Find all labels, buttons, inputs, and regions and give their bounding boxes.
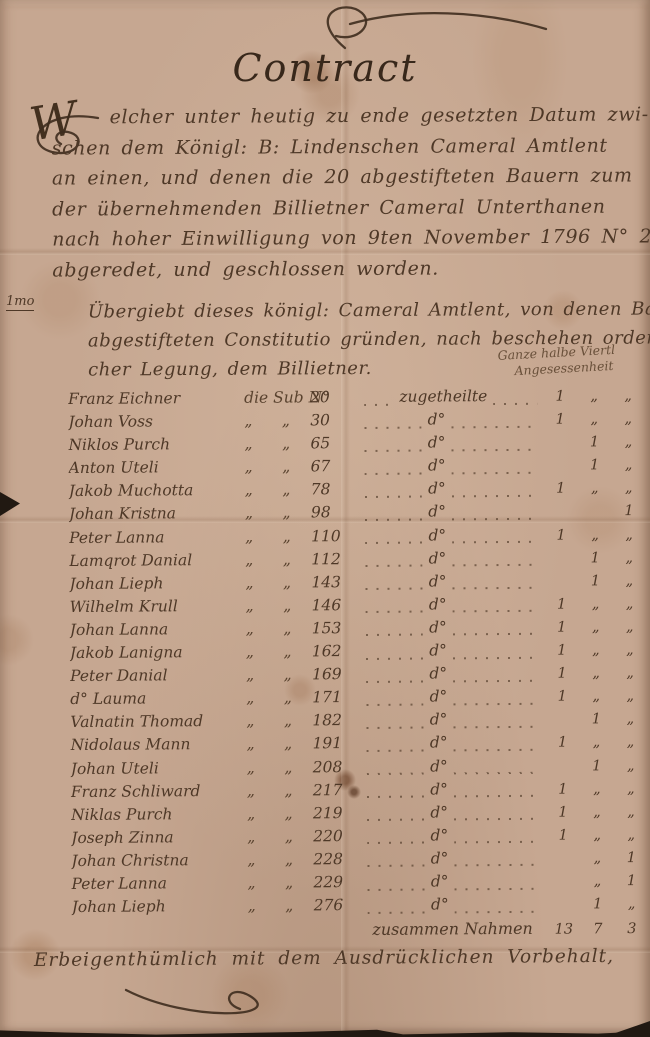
tally-cell-viertl: „ bbox=[613, 619, 647, 635]
ditto-abbrev: d° bbox=[429, 549, 447, 567]
tally-cell-viertl: 1 bbox=[614, 850, 648, 866]
ditto-marks: „ „ bbox=[247, 804, 313, 822]
tally-cell-ganze: 1 bbox=[545, 642, 579, 658]
tally-cell-halbe: „ bbox=[580, 873, 614, 889]
ditto-abbrev: d° bbox=[428, 434, 446, 452]
farmer-name: Jakob Lanigna bbox=[70, 643, 246, 662]
tally-cell-viertl: „ bbox=[613, 596, 647, 612]
tally-cell-viertl: „ bbox=[611, 388, 645, 404]
plot-number: 162 bbox=[312, 642, 360, 660]
leader-dots bbox=[367, 773, 424, 775]
closing-flourish-icon bbox=[118, 976, 328, 1022]
leader-dots bbox=[453, 633, 539, 636]
ditto-abbrev: d° bbox=[431, 872, 449, 890]
primo-margin-marker: 1mo bbox=[6, 294, 34, 311]
intro-line: elcher unter heutig zu ende gesetzten Da… bbox=[52, 99, 646, 133]
ditto-abbrev: d° bbox=[430, 734, 448, 752]
tally-cell-halbe: 1 bbox=[580, 758, 614, 774]
tally-cell-viertl: „ bbox=[614, 757, 648, 773]
tally-cell-ganze: 1 bbox=[545, 619, 579, 635]
ditto-abbrev: d° bbox=[428, 480, 446, 498]
farmer-name: Franz Schliward bbox=[71, 781, 247, 800]
tally-cell-viertl: „ bbox=[615, 896, 649, 912]
sum-label: zusammen Nahmen bbox=[72, 919, 547, 941]
leader-dots bbox=[453, 679, 539, 682]
plot-number: 153 bbox=[312, 619, 360, 637]
leader-dots bbox=[454, 841, 540, 844]
farmer-name: Johan Kristna bbox=[69, 504, 245, 523]
ditto-marks: „ „ bbox=[246, 642, 312, 660]
leader-dots bbox=[364, 426, 421, 428]
tally-cell-ganze: 1 bbox=[543, 412, 577, 428]
leader-dots bbox=[367, 796, 424, 798]
plot-number: 217 bbox=[313, 781, 361, 799]
leader-dots bbox=[452, 448, 538, 451]
farmers-rows: Franz Eichner die Sub N° 20 zugetheilte … bbox=[68, 386, 649, 921]
ditto-abbrev: zugetheilte bbox=[399, 387, 487, 406]
tally-cell-viertl: „ bbox=[614, 804, 648, 820]
plot-number: 20 bbox=[310, 388, 358, 406]
ditto-marks: „ „ bbox=[245, 458, 311, 476]
plot-number: 78 bbox=[311, 480, 359, 498]
farmer-name: Johan Lieph bbox=[72, 897, 248, 916]
plot-number: 65 bbox=[310, 434, 358, 452]
ditto-marks: „ „ bbox=[247, 850, 313, 868]
ditto-abbrev: d° bbox=[430, 803, 448, 821]
plot-number: 30 bbox=[310, 411, 358, 429]
ditto-marks: „ „ bbox=[244, 435, 310, 453]
farmer-name: Niklos Purch bbox=[68, 435, 244, 454]
leader-dots bbox=[453, 610, 539, 613]
tally-cell-halbe: „ bbox=[580, 850, 614, 866]
table-row: Johan Lieph „ „ 276 d° 1 „ bbox=[72, 894, 649, 921]
farmer-name: d° Lauma bbox=[70, 689, 246, 708]
leader-dots bbox=[452, 518, 538, 521]
ditto-abbrev: d° bbox=[431, 849, 449, 867]
tally-cell-viertl: „ bbox=[612, 527, 646, 543]
plot-number: 228 bbox=[313, 850, 361, 868]
ditto-marks: „ „ bbox=[244, 411, 310, 429]
leader-dots bbox=[455, 910, 541, 913]
sum-value-halbe: 7 bbox=[581, 921, 615, 937]
ditto-abbrev: d° bbox=[428, 526, 446, 544]
ditto-marks: „ „ bbox=[246, 665, 312, 683]
plot-number: 182 bbox=[312, 711, 360, 729]
ditto-marks: „ „ bbox=[247, 827, 313, 845]
tally-cell-viertl: „ bbox=[613, 642, 647, 658]
tally-cell-halbe: „ bbox=[578, 527, 612, 543]
leader-dots bbox=[452, 564, 538, 567]
leader-dots bbox=[367, 865, 424, 867]
tally-cell-viertl: „ bbox=[612, 457, 646, 473]
tally-cell-viertl: „ bbox=[613, 734, 647, 750]
tally-cell-halbe: „ bbox=[580, 781, 614, 797]
plot-number: 143 bbox=[311, 573, 359, 591]
ditto-marks: „ „ bbox=[246, 596, 312, 614]
ditto-abbrev: d° bbox=[429, 688, 447, 706]
leader-dots bbox=[366, 611, 423, 613]
sum-value-viertl: 3 bbox=[615, 921, 649, 937]
leader-dots bbox=[368, 888, 425, 890]
ditto-marks: „ „ bbox=[246, 619, 312, 637]
tally-cell-viertl: 1 bbox=[612, 503, 646, 519]
tally-cell-ganze: 1 bbox=[546, 781, 580, 797]
leader-dots bbox=[454, 795, 540, 798]
farmer-name: Franz Eichner bbox=[68, 389, 244, 408]
tally-cell-halbe: „ bbox=[579, 665, 613, 681]
intro-line: der übernehmenden Billietner Cameral Unt… bbox=[52, 191, 646, 225]
ditto-marks: die Sub N° bbox=[244, 388, 310, 406]
tally-cell-viertl: „ bbox=[612, 573, 646, 589]
leader-dots bbox=[365, 495, 422, 497]
document-title: Contract bbox=[0, 46, 650, 90]
leader-dots bbox=[453, 656, 539, 659]
leader-dots bbox=[493, 402, 537, 404]
farmer-name: Jakob Muchotta bbox=[69, 481, 245, 500]
tally-cell-viertl: „ bbox=[613, 665, 647, 681]
leader-dots bbox=[452, 541, 538, 544]
ditto-marks: „ „ bbox=[245, 550, 311, 568]
ditto-marks: „ „ bbox=[246, 689, 312, 707]
plot-number: 229 bbox=[313, 873, 361, 891]
ditto-abbrev: d° bbox=[428, 410, 446, 428]
tally-cell-halbe: 1 bbox=[577, 434, 611, 450]
tally-cell-ganze: 1 bbox=[545, 666, 579, 682]
ditto-marks: „ „ bbox=[245, 527, 311, 545]
leader-dots bbox=[364, 449, 421, 451]
tally-cell-ganze: 1 bbox=[543, 388, 577, 404]
leader-dots bbox=[366, 703, 423, 705]
leader-dots bbox=[455, 887, 541, 890]
leader-dots bbox=[367, 749, 424, 751]
leader-dots bbox=[365, 519, 422, 521]
plot-number: 208 bbox=[313, 757, 361, 775]
tally-cell-halbe: „ bbox=[580, 827, 614, 843]
leader-dots bbox=[365, 472, 422, 474]
ditto-marks: „ „ bbox=[246, 712, 312, 730]
leader-dots bbox=[453, 703, 539, 706]
plot-number: 67 bbox=[311, 457, 359, 475]
farmer-name: Wilhelm Krull bbox=[70, 597, 246, 616]
farmer-name: Johan Voss bbox=[68, 412, 244, 431]
leader-dots bbox=[452, 495, 538, 498]
tally-cell-halbe: „ bbox=[580, 804, 614, 820]
sum-value-ganze: 13 bbox=[547, 922, 581, 938]
tally-cell-halbe: „ bbox=[579, 596, 613, 612]
tally-cell-viertl: „ bbox=[613, 711, 647, 727]
tally-cell-ganze: 1 bbox=[546, 827, 580, 843]
tally-cell-halbe: 1 bbox=[578, 573, 612, 589]
tally-cell-halbe: „ bbox=[577, 388, 611, 404]
ditto-abbrev: d° bbox=[428, 503, 446, 521]
tally-cell-halbe: „ bbox=[578, 481, 612, 497]
bottom-right-corner-tear bbox=[604, 1021, 650, 1037]
leader-dots bbox=[365, 542, 422, 544]
plot-number: 191 bbox=[312, 734, 360, 752]
leader-dots bbox=[452, 587, 538, 590]
ditto-marks: „ „ bbox=[247, 873, 313, 891]
farmer-name: Peter Danial bbox=[70, 666, 246, 685]
leader-dots bbox=[368, 911, 425, 913]
leader-dots bbox=[454, 749, 540, 752]
leader-dots bbox=[452, 472, 538, 475]
farmer-name: Nidolaus Mann bbox=[70, 735, 246, 754]
tally-cell-halbe: „ bbox=[579, 642, 613, 658]
left-edge-notch bbox=[0, 492, 20, 516]
primo-line: Übergiebt dieses königl: Cameral Amtlent… bbox=[88, 295, 648, 327]
intro-line: schen dem Königl: B: Lindenschen Cameral… bbox=[52, 130, 646, 164]
ditto-abbrev: d° bbox=[429, 665, 447, 683]
plot-number: 276 bbox=[314, 896, 362, 914]
leader-dots bbox=[366, 657, 423, 659]
tally-cell-ganze: 1 bbox=[544, 481, 578, 497]
tally-cell-viertl: „ bbox=[611, 434, 645, 450]
ditto-marks: „ „ bbox=[247, 758, 313, 776]
tally-cell-halbe: „ bbox=[579, 619, 613, 635]
ditto-abbrev: d° bbox=[428, 457, 446, 475]
leader-dots bbox=[453, 726, 539, 729]
farmer-name: Valnatin Thomad bbox=[70, 712, 246, 731]
ditto-abbrev: d° bbox=[429, 572, 447, 590]
farmer-name: Johan Uteli bbox=[71, 758, 247, 777]
ditto-marks: „ „ bbox=[247, 781, 313, 799]
tally-cell-viertl: „ bbox=[614, 781, 648, 797]
leader-dots bbox=[454, 772, 540, 775]
plot-number: 98 bbox=[311, 503, 359, 521]
farmer-name: Niklas Purch bbox=[71, 804, 247, 823]
tally-cell-halbe: 1 bbox=[578, 550, 612, 566]
leader-dots bbox=[367, 819, 424, 821]
tally-cell-viertl: „ bbox=[611, 411, 645, 427]
tally-cell-ganze: 1 bbox=[545, 596, 579, 612]
farmer-name: Anton Uteli bbox=[69, 458, 245, 477]
farmer-name: Johan Christna bbox=[71, 851, 247, 870]
tally-cell-ganze: 1 bbox=[545, 689, 579, 705]
farmer-name: Lamqrot Danial bbox=[69, 550, 245, 569]
intro-paragraph: elcher unter heutig zu ende gesetzten Da… bbox=[52, 99, 647, 285]
leader-dots bbox=[454, 864, 540, 867]
tally-cell-viertl: „ bbox=[614, 827, 648, 843]
farmer-name: Peter Lanna bbox=[71, 874, 247, 893]
ditto-abbrev: d° bbox=[431, 895, 449, 913]
ditto-marks: „ „ bbox=[248, 896, 314, 914]
closing-line: Erbeigenthümlich mit dem Ausdrücklichen … bbox=[34, 946, 594, 971]
ditto-abbrev: d° bbox=[429, 595, 447, 613]
leader-dots bbox=[366, 680, 423, 682]
ditto-marks: „ „ bbox=[245, 504, 311, 522]
tally-cell-halbe: 1 bbox=[579, 712, 613, 728]
ditto-marks: „ „ bbox=[245, 481, 311, 499]
tally-cell-halbe: „ bbox=[579, 688, 613, 704]
plot-number: 219 bbox=[313, 804, 361, 822]
plot-number: 146 bbox=[312, 596, 360, 614]
ditto-abbrev: d° bbox=[429, 641, 447, 659]
leader-dots bbox=[366, 726, 423, 728]
ditto-abbrev: d° bbox=[429, 618, 447, 636]
torn-bottom-edge bbox=[0, 1025, 650, 1037]
sum-row: zusammen Nahmen 13 7 3 bbox=[72, 918, 649, 946]
ditto-marks: „ „ bbox=[245, 573, 311, 591]
farmers-table: Franz Eichner die Sub N° 20 zugetheilte … bbox=[68, 386, 649, 946]
farmer-name: Johan Lanna bbox=[70, 620, 246, 639]
tally-cell-viertl: 1 bbox=[614, 873, 648, 889]
farmer-name: Joseph Zinna bbox=[71, 828, 247, 847]
leader-dots bbox=[365, 588, 422, 590]
tally-cell-viertl: „ bbox=[612, 550, 646, 566]
farmer-name: Peter Lanna bbox=[69, 527, 245, 546]
tally-cell-halbe: „ bbox=[577, 411, 611, 427]
leader-dots bbox=[366, 634, 423, 636]
tally-cell-halbe: 1 bbox=[578, 458, 612, 474]
ditto-marks: „ „ bbox=[246, 735, 312, 753]
leader-dots bbox=[454, 818, 540, 821]
plot-number: 220 bbox=[313, 827, 361, 845]
ditto-abbrev: d° bbox=[430, 711, 448, 729]
tally-cell-ganze: 1 bbox=[546, 804, 580, 820]
tally-cell-ganze: 1 bbox=[544, 527, 578, 543]
ditto-abbrev: d° bbox=[430, 780, 448, 798]
tally-cell-halbe: „ bbox=[579, 735, 613, 751]
intro-line: an einen, und denen die 20 abgestifteten… bbox=[52, 160, 646, 194]
intro-line: abgeredet, und geschlossen worden. bbox=[52, 252, 646, 286]
plot-number: 110 bbox=[311, 527, 359, 545]
intro-line: nach hoher Einwilligung von 9ten Novembe… bbox=[52, 221, 646, 255]
tally-cell-ganze: 1 bbox=[545, 735, 579, 751]
tally-cell-halbe: 1 bbox=[581, 896, 615, 912]
leader-dots bbox=[365, 565, 422, 567]
ditto-abbrev: d° bbox=[430, 757, 448, 775]
tally-cell-viertl: „ bbox=[612, 480, 646, 496]
ditto-abbrev: d° bbox=[430, 826, 448, 844]
farmer-name: Johan Lieph bbox=[69, 574, 245, 593]
leader-dots bbox=[367, 842, 424, 844]
leader-dots bbox=[364, 403, 393, 405]
tally-cell-viertl: „ bbox=[613, 688, 647, 704]
leader-dots bbox=[451, 425, 537, 428]
plot-number: 169 bbox=[312, 665, 360, 683]
plot-number: 112 bbox=[311, 550, 359, 568]
plot-number: 171 bbox=[312, 688, 360, 706]
